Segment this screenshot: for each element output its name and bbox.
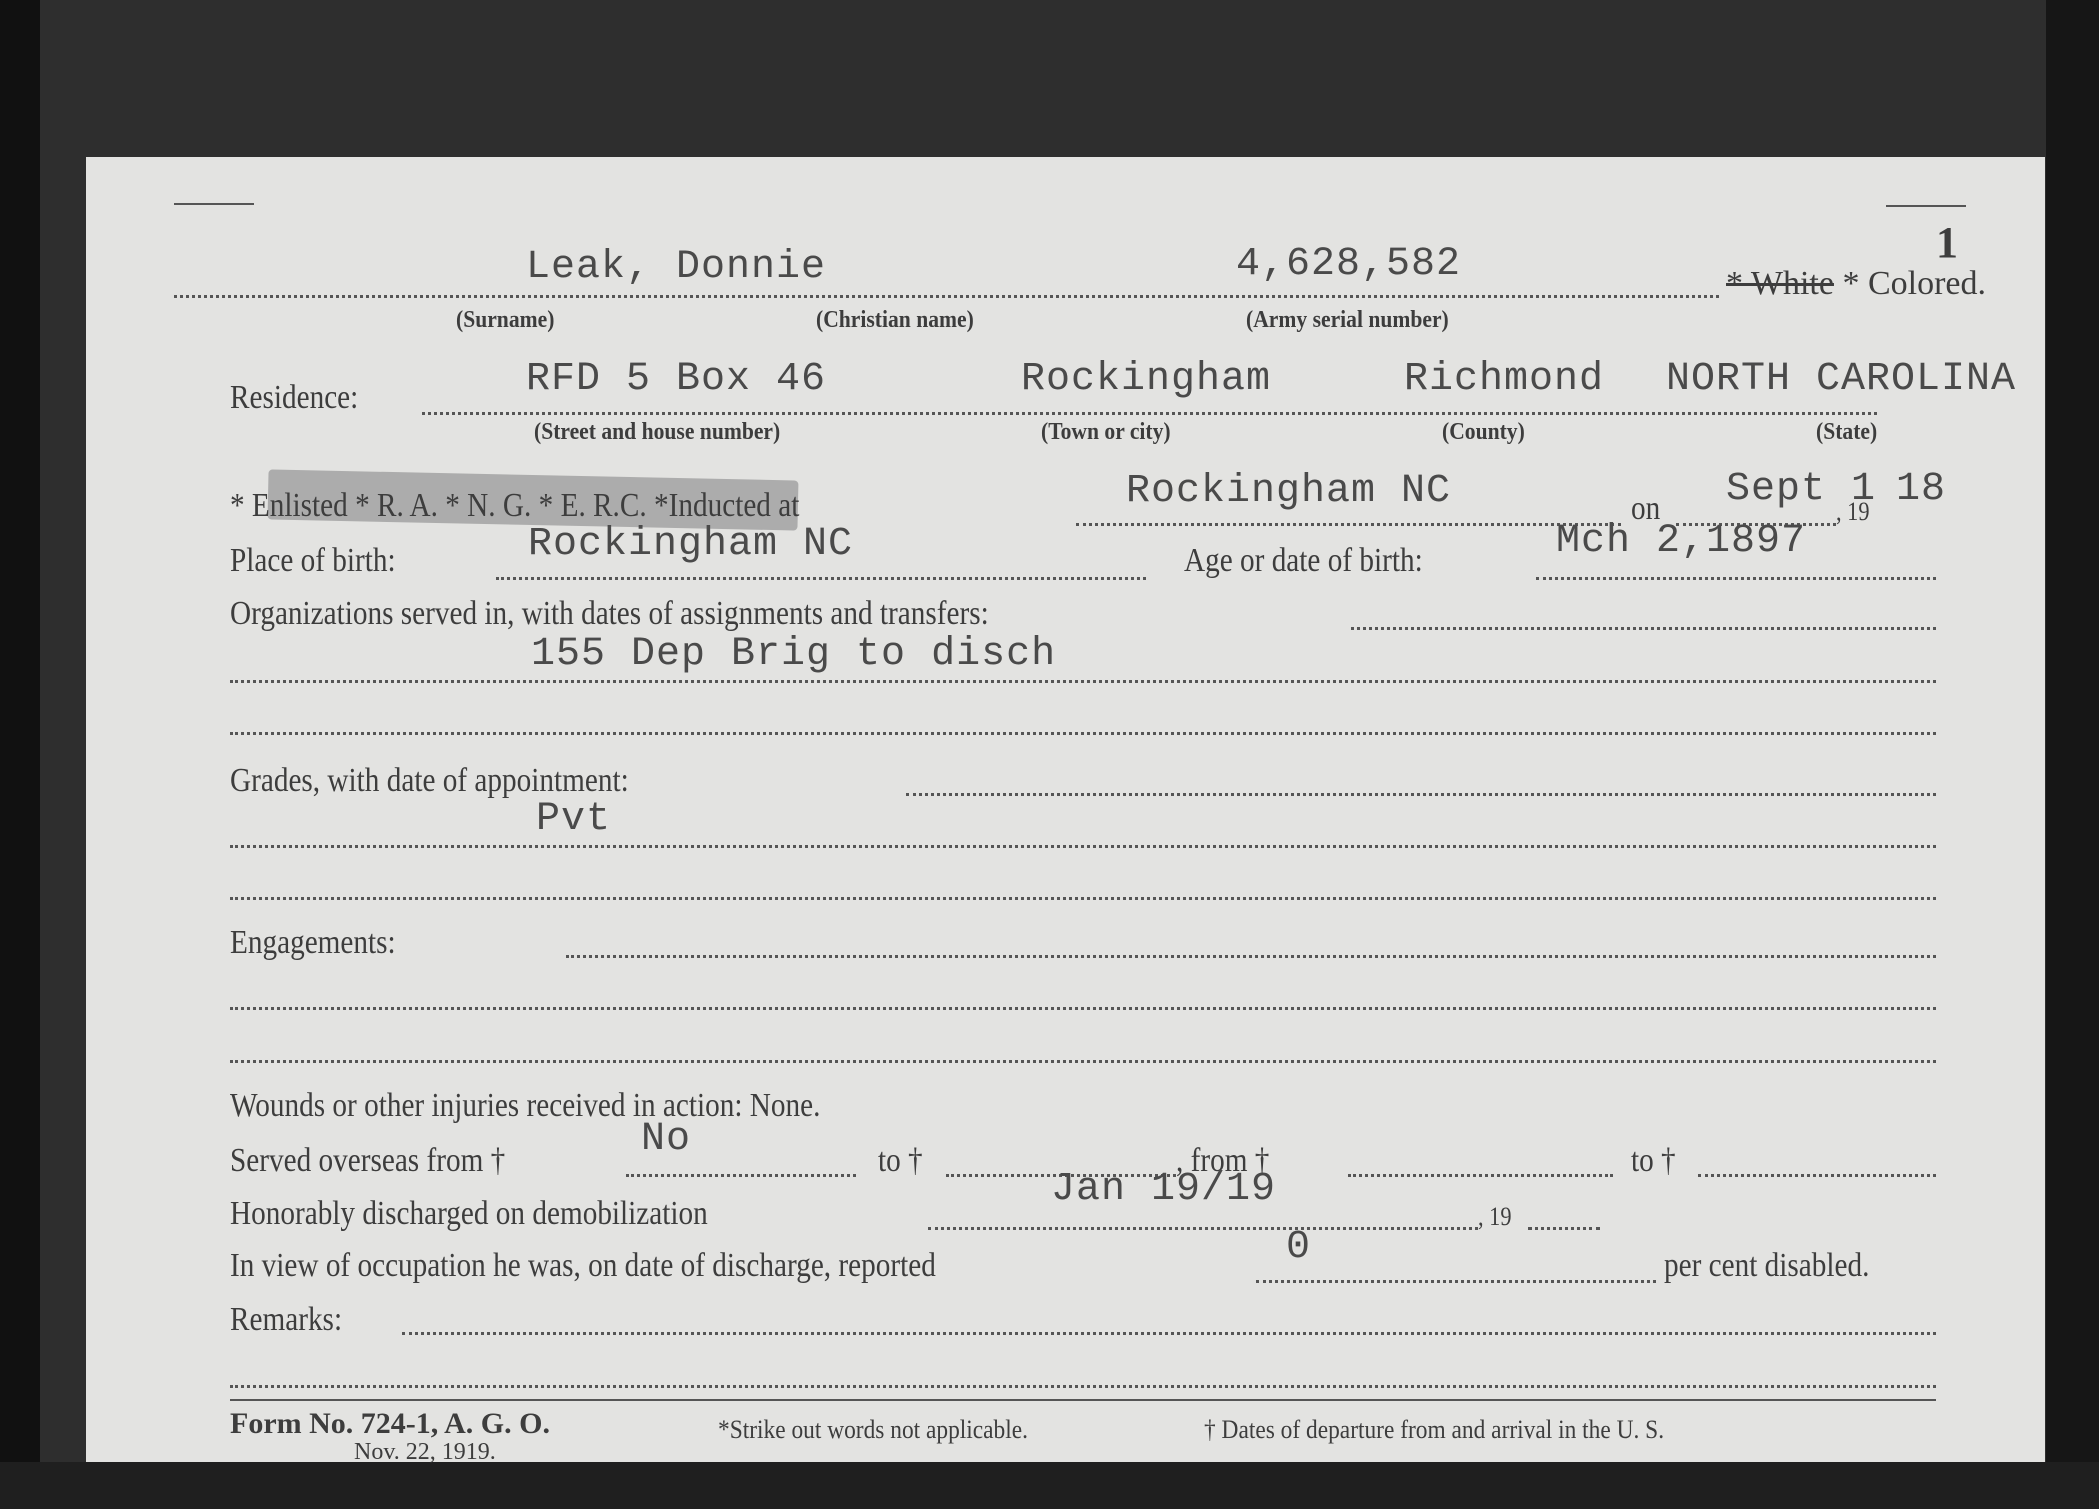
surname-caption: (Surname)	[456, 307, 554, 334]
grades-line-1	[906, 793, 1936, 796]
grades-label: Grades, with date of appointment:	[230, 762, 629, 800]
place-of-birth-label: Place of birth:	[230, 542, 396, 580]
serial-value: 4,628,582	[1236, 242, 1461, 287]
engagements-line-3	[230, 1060, 1936, 1063]
disability-value: 0	[1286, 1225, 1311, 1270]
christian-name-caption: (Christian name)	[816, 307, 974, 334]
inducted-at-value: Rockingham NC	[1126, 469, 1451, 514]
residence-state: NORTH CAROLINA	[1666, 357, 2016, 402]
wounds-label: Wounds or other injuries received in act…	[230, 1087, 820, 1125]
wounds-value: None.	[750, 1087, 821, 1124]
state-caption: (State)	[1816, 419, 1877, 446]
organizations-line-3	[230, 732, 1936, 735]
overseas-to2-label: to †	[1631, 1142, 1676, 1180]
race-options: * White * Colored.	[1726, 265, 1986, 303]
enlistment-suffix: C. *Inducted at	[620, 487, 799, 524]
disability-line	[1256, 1280, 1656, 1283]
remarks-line-2	[230, 1385, 1936, 1388]
county-caption: (County)	[1442, 419, 1525, 446]
place-of-birth-value: Rockingham NC	[528, 522, 853, 567]
overseas-from-value: No	[641, 1117, 691, 1162]
grades-value: Pvt	[536, 797, 611, 842]
engagements-label: Engagements:	[230, 924, 396, 962]
footnote-dates: † Dates of departure from and arrival in…	[1204, 1415, 1664, 1445]
organizations-value: 155 Dep Brig to disch	[531, 632, 1056, 677]
remarks-line-1	[402, 1332, 1936, 1335]
disability-label: In view of occupation he was, on date of…	[230, 1247, 936, 1285]
race-colored: * Colored.	[1842, 265, 1986, 302]
discharge-date: Jan 19/19	[1051, 1167, 1276, 1212]
name-line	[174, 295, 1719, 298]
disability-suffix: per cent disabled.	[1664, 1247, 1869, 1285]
enlistment-prefix: * Enlisted * R. A. * N. G. * E. R.	[230, 487, 620, 524]
town-caption: (Town or city)	[1041, 419, 1171, 446]
street-caption: (Street and house number)	[534, 419, 780, 446]
scan-border-left	[0, 0, 40, 1509]
serial-caption: (Army serial number)	[1246, 307, 1449, 334]
discharge-year-prefix: , 19	[1478, 1202, 1512, 1232]
date-of-birth-label: Age or date of birth:	[1184, 542, 1423, 580]
date-of-birth-line	[1536, 577, 1936, 580]
scan-border-right	[2046, 0, 2099, 1509]
remarks-label: Remarks:	[230, 1301, 342, 1339]
name-value: Leak, Donnie	[526, 245, 826, 290]
discharge-year-line	[1528, 1227, 1600, 1230]
place-of-birth-line	[496, 577, 1146, 580]
discharge-label: Honorably discharged on demobilization	[230, 1195, 708, 1233]
inducted-at-line	[1076, 523, 1621, 526]
overseas-from2-line	[1348, 1174, 1613, 1177]
enlistment-type: * Enlisted * R. A. * N. G. * E. R.C. *In…	[230, 487, 799, 525]
date-of-birth-value: Mch 2,1897	[1556, 519, 1806, 564]
organizations-label: Organizations served in, with dates of a…	[230, 595, 989, 633]
residence-town: Rockingham	[1021, 357, 1271, 402]
residence-line	[422, 412, 1877, 415]
induction-year: 18	[1896, 467, 1946, 512]
residence-street: RFD 5 Box 46	[526, 357, 826, 402]
card-number: 1	[1936, 217, 1958, 268]
footnote-strike: *Strike out words not applicable.	[718, 1415, 1028, 1445]
organizations-line-1	[1351, 627, 1936, 630]
residence-label: Residence:	[230, 379, 358, 417]
grades-line-3	[230, 897, 1936, 900]
scan-border-bottom	[0, 1462, 2099, 1509]
engagements-line-1	[566, 955, 1936, 958]
overseas-from-label: Served overseas from †	[230, 1142, 505, 1180]
overseas-from-line	[626, 1174, 856, 1177]
top-left-rule	[174, 203, 254, 205]
race-white: * White	[1726, 265, 1834, 302]
overseas-to-label: to †	[878, 1142, 923, 1180]
grades-line-2	[230, 845, 1936, 848]
organizations-line-2	[230, 680, 1936, 683]
top-right-rule	[1886, 205, 1966, 207]
form-number: Form No. 724-1, A. G. O.	[230, 1407, 550, 1441]
service-record-card: 1 Leak, Donnie 4,628,582 * White * Color…	[86, 157, 2045, 1462]
overseas-to2-line	[1698, 1174, 1936, 1177]
residence-county: Richmond	[1404, 357, 1604, 402]
induction-year-prefix: , 19	[1836, 497, 1870, 527]
discharge-line	[928, 1227, 1478, 1230]
form-date: Nov. 22, 1919.	[354, 1439, 496, 1466]
footer-rule	[230, 1399, 1936, 1401]
engagements-line-2	[230, 1007, 1936, 1010]
